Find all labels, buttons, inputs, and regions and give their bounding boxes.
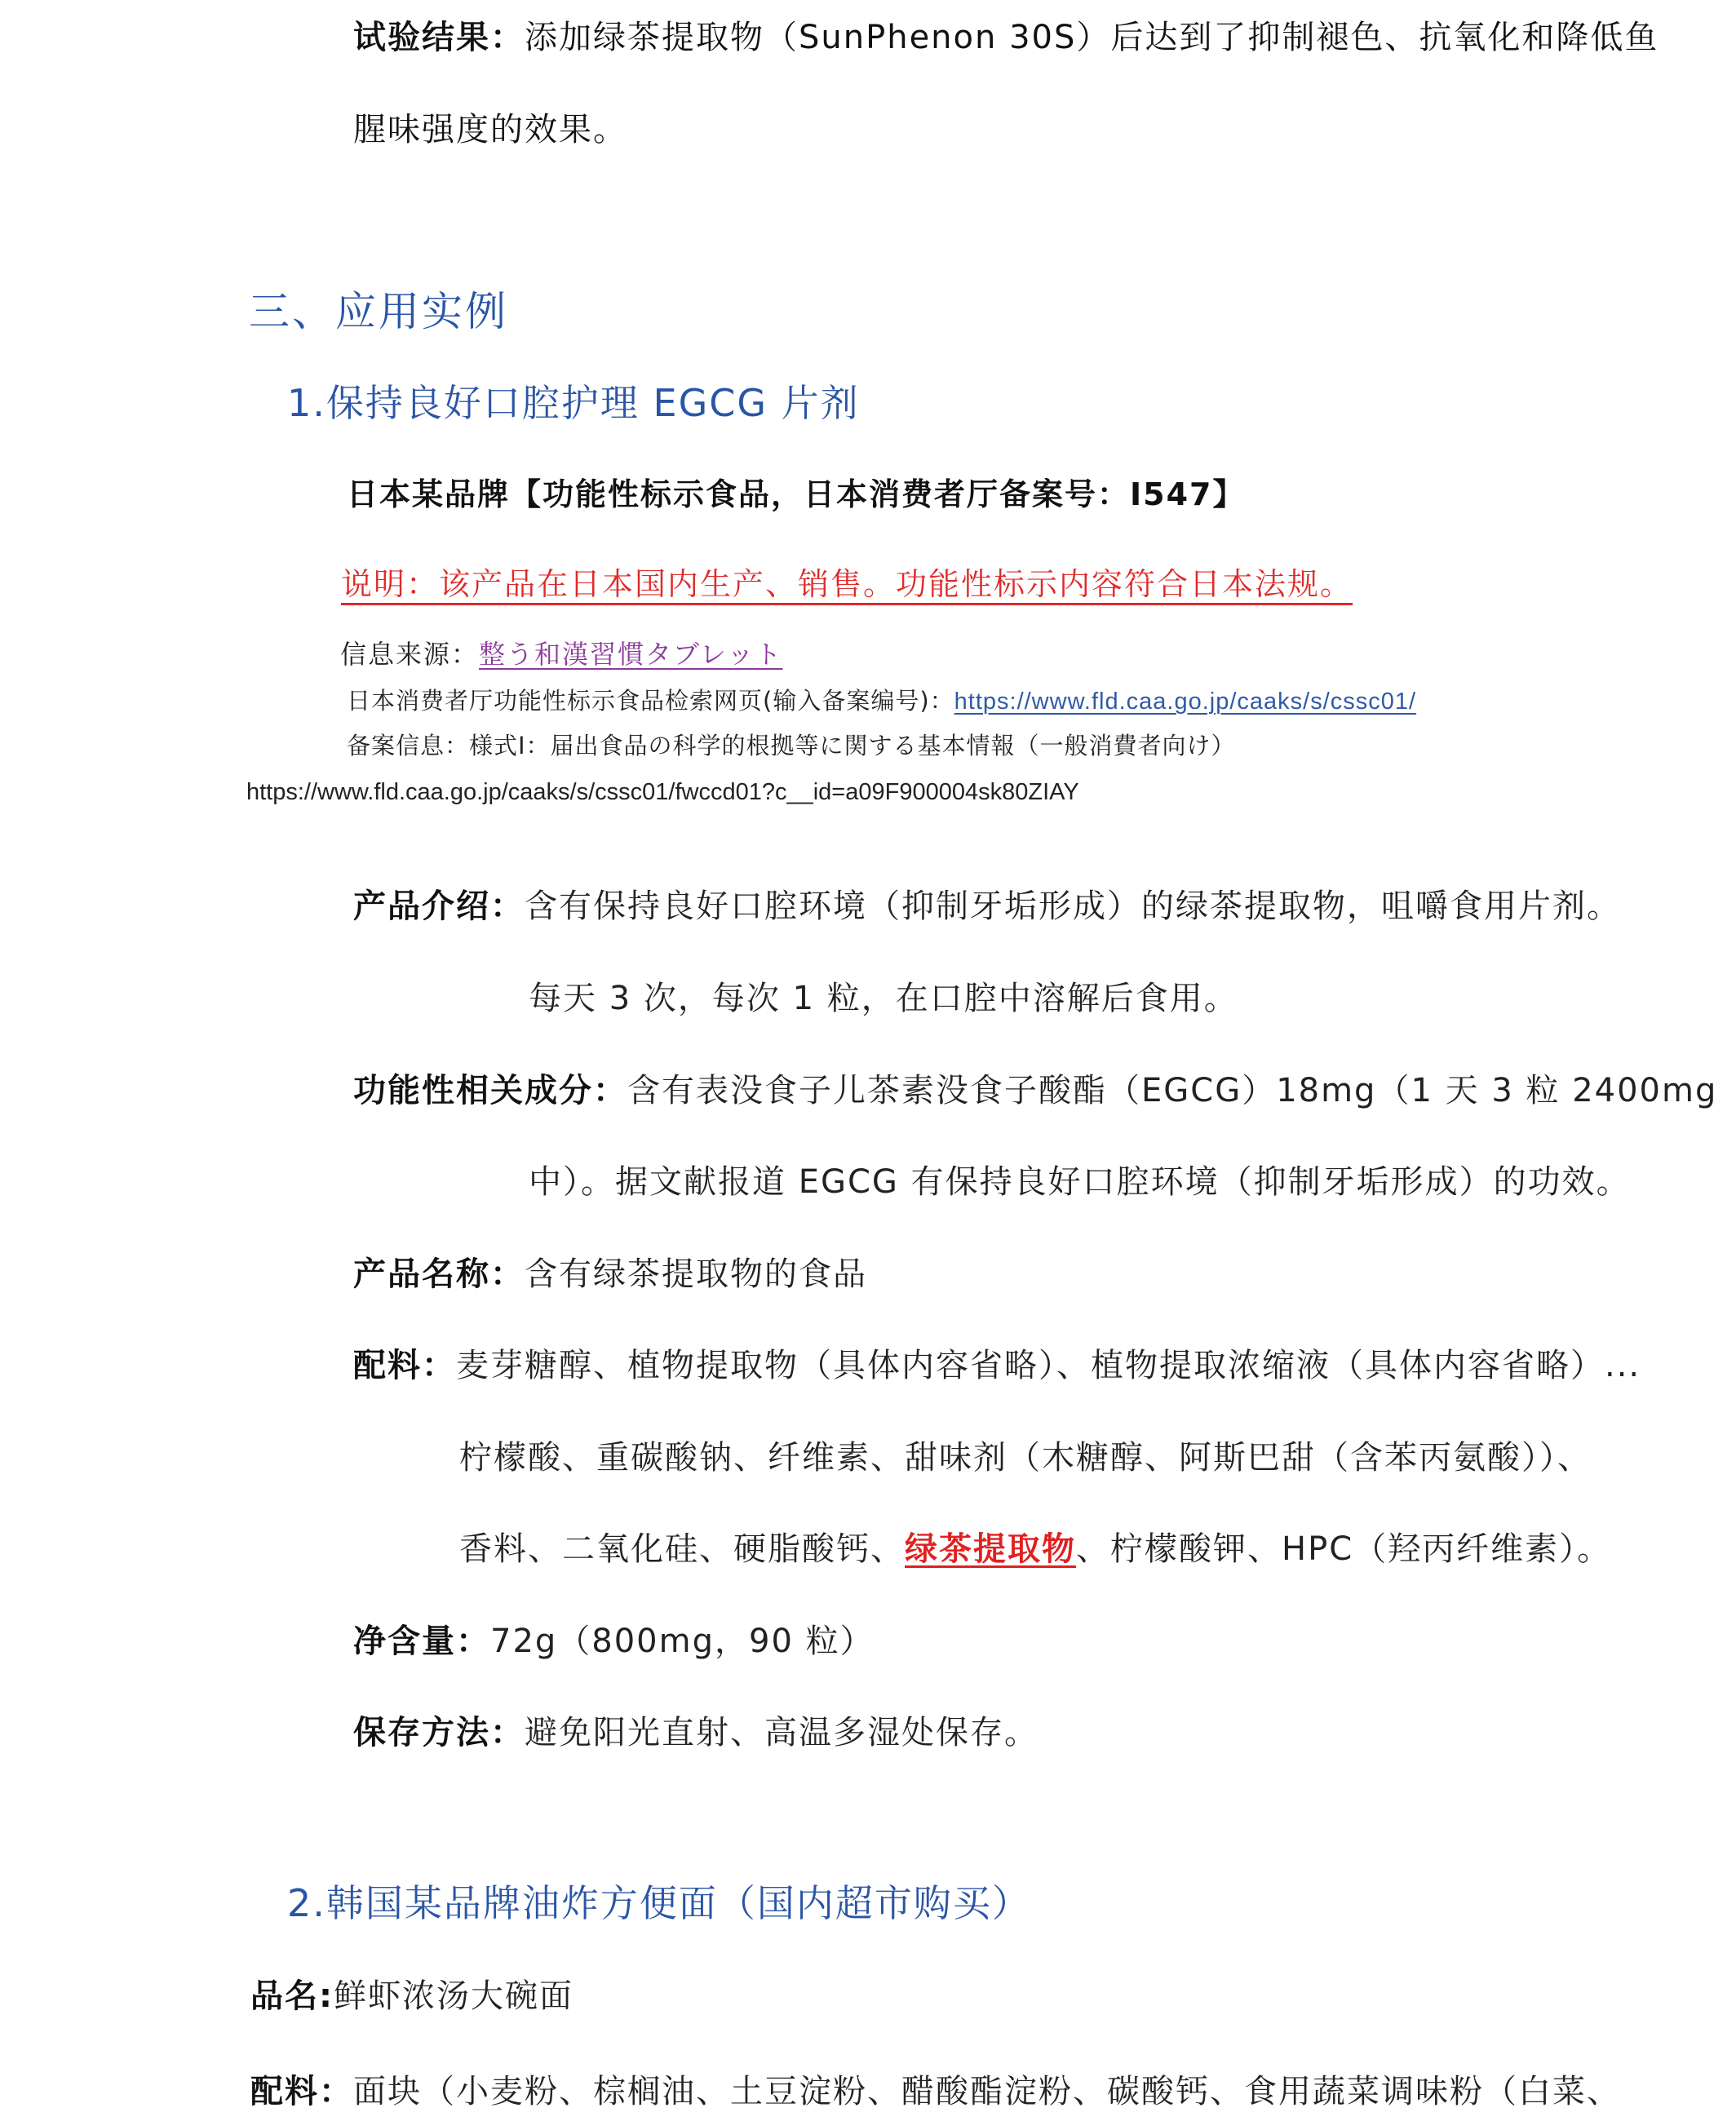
example1-heading: 1.保持良好口腔护理 EGCG 片剂 — [287, 384, 860, 422]
product-intro-text: 含有保持良好口腔环境（抑制牙垢形成）的绿茶提取物，咀嚼食用片剂。 — [525, 888, 1621, 925]
example2-product-line: 品名:鲜虾浓汤大碗面 — [250, 1980, 573, 2013]
search-line: 日本消费者厅功能性标示食品检索网页(输入备案编号)：https://www.fl… — [347, 689, 1416, 714]
net-content-value: 72g（800mg，90 粒） — [490, 1623, 875, 1660]
product-intro-line-2: 每天 3 次，每次 1 粒，在口腔中溶解后食用。 — [529, 982, 1238, 1015]
product-intro-label: 产品介绍： — [353, 888, 525, 925]
product-name-line: 产品名称：含有绿茶提取物的食品 — [353, 1258, 867, 1291]
ingredients-label: 配料： — [353, 1347, 456, 1384]
product-name-value: 含有绿茶提取物的食品 — [525, 1255, 867, 1293]
green-tea-extract-highlight: 绿茶提取物 — [905, 1530, 1076, 1568]
brand-line: 日本某品牌【功能性标示食品，日本消费者厅备案号：I547】 — [347, 479, 1245, 510]
storage-label: 保存方法： — [353, 1714, 525, 1751]
result-label: 试验结果： — [353, 19, 525, 56]
source-label: 信息来源： — [340, 639, 479, 670]
example2-product-value: 鲜虾浓汤大碗面 — [334, 1977, 573, 2015]
result-text-1: 添加绿茶提取物（SunPhenon 30S）后达到了抑制褪色、抗氧化和降低鱼 — [525, 19, 1658, 56]
source-link[interactable]: 整う和漢習慣タブレット — [479, 639, 782, 670]
functional-line-2: 中）。据文献报道 EGCG 有保持良好口腔环境（抑制牙垢形成）的功效。 — [529, 1166, 1631, 1198]
example2-ingredients-line: 配料：面块（小麦粉、棕榈油、土豆淀粉、醋酸酯淀粉、碳酸钙、食用蔬菜调味粉（白菜、 — [250, 2075, 1621, 2108]
legal-note: 说明：该产品在日本国内生产、销售。功能性标示内容符合日本法规。 — [341, 569, 1353, 605]
net-content-label: 净含量： — [353, 1623, 490, 1660]
section-heading-applications: 三、应用实例 — [249, 291, 508, 332]
filing-info: 备案信息：様式Ⅰ：届出食品の科学的根拠等に関する基本情報（一般消費者向け） — [347, 734, 1236, 758]
ingredients-text-1: 麦芽糖醇、植物提取物（具体内容省略）、植物提取浓缩液（具体内容省略）... — [456, 1347, 1641, 1384]
example2-heading: 2.韩国某品牌油炸方便面（国内超市购买） — [287, 1884, 1031, 1922]
example2-product-label: 品名: — [250, 1977, 334, 2015]
storage-line: 保存方法：避免阳光直射、高温多湿处保存。 — [353, 1716, 1038, 1749]
filing-url[interactable]: https://www.fld.caa.go.jp/caaks/s/cssc01… — [246, 781, 1079, 804]
example2-ingredients-label: 配料： — [250, 2073, 353, 2110]
result-line-1: 试验结果：添加绿茶提取物（SunPhenon 30S）后达到了抑制褪色、抗氧化和… — [353, 21, 1658, 54]
functional-label: 功能性相关成分： — [353, 1072, 627, 1109]
product-name-label: 产品名称： — [353, 1255, 525, 1293]
functional-text: 含有表没食子儿茶素没食子酸酯（EGCG）18mg（1 天 3 粒 2400mg — [627, 1072, 1717, 1109]
ingredients-line-1: 配料：麦芽糖醇、植物提取物（具体内容省略）、植物提取浓缩液（具体内容省略）... — [353, 1349, 1641, 1382]
ingredients-text-3-post: 、柠檬酸钾、HPC（羟丙纤维素）。 — [1076, 1530, 1611, 1568]
search-link[interactable]: https://www.fld.caa.go.jp/caaks/s/cssc01… — [954, 689, 1416, 715]
source-line: 信息来源：整う和漢習慣タブレット — [340, 641, 782, 667]
net-content-line: 净含量：72g（800mg，90 粒） — [353, 1625, 875, 1658]
search-label: 日本消费者厅功能性标示食品检索网页(输入备案编号)： — [347, 687, 954, 715]
storage-value: 避免阳光直射、高温多湿处保存。 — [525, 1714, 1038, 1751]
example2-ingredients-text: 面块（小麦粉、棕榈油、土豆淀粉、醋酸酯淀粉、碳酸钙、食用蔬菜调味粉（白菜、 — [353, 2073, 1621, 2110]
functional-line-1: 功能性相关成分：含有表没食子儿茶素没食子酸酯（EGCG）18mg（1 天 3 粒… — [353, 1074, 1717, 1107]
ingredients-line-2: 柠檬酸、重碳酸钠、纤维素、甜味剂（木糖醇、阿斯巴甜（含苯丙氨酸））、 — [459, 1441, 1592, 1474]
ingredients-text-3-pre: 香料、二氧化硅、硬脂酸钙、 — [459, 1530, 905, 1568]
product-intro-line-1: 产品介绍：含有保持良好口腔环境（抑制牙垢形成）的绿茶提取物，咀嚼食用片剂。 — [353, 890, 1621, 923]
ingredients-line-3: 香料、二氧化硅、硬脂酸钙、绿茶提取物、柠檬酸钾、HPC（羟丙纤维素）。 — [459, 1533, 1611, 1565]
result-line-2: 腥味强度的效果。 — [353, 113, 627, 146]
